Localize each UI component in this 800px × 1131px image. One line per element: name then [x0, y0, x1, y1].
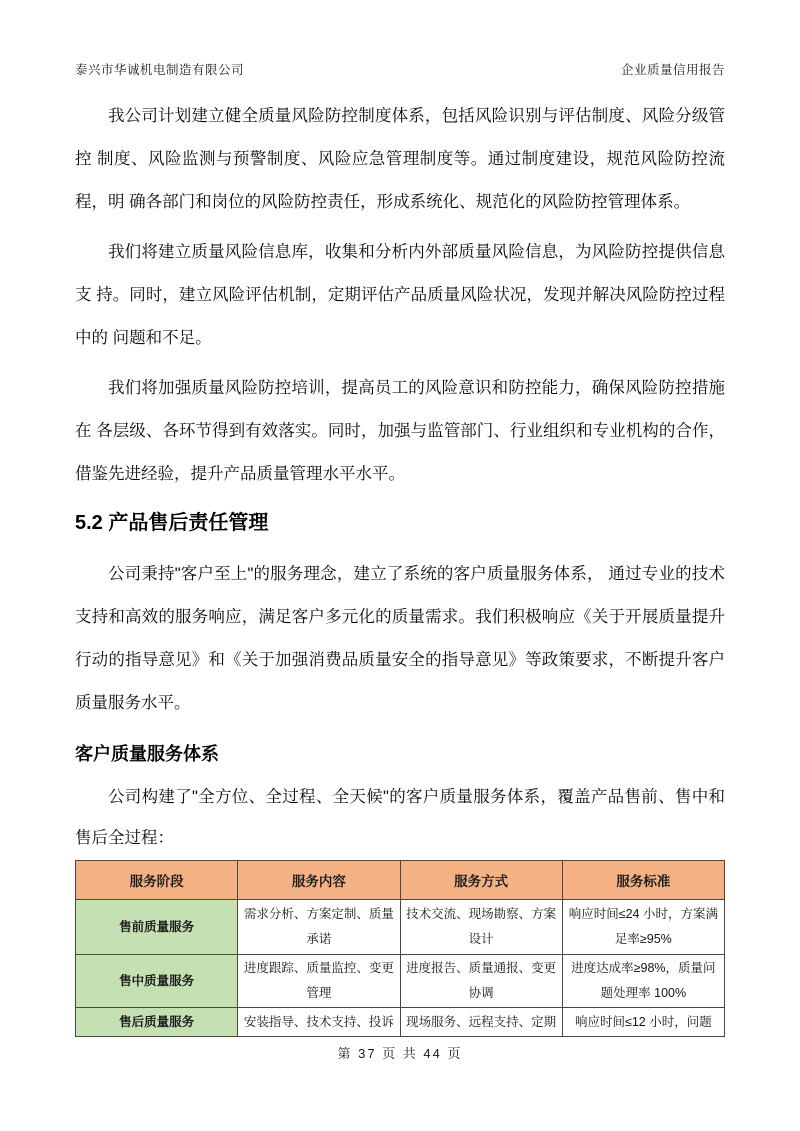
- header-report-title: 企业质量信用报告: [621, 60, 725, 78]
- page-footer: 第 37 页 共 44 页: [0, 1043, 800, 1062]
- table-cell: 现场服务、远程支持、定期: [400, 1008, 562, 1037]
- paragraph-table-intro: 公司构建了"全方位、全过程、全天候"的客户质量服务体系，覆盖产品售前、售中和售后…: [75, 777, 725, 859]
- page-content: 我公司计划建立健全质量风险防控制度体系，包括风险识别与评估制度、风险分级管控 制…: [75, 95, 725, 1037]
- table-row: 售前质量服务 需求分析、方案定制、质量承诺 技术交流、现场勘察、方案设计 响应时…: [76, 900, 725, 955]
- table-cell: 响应时间≤12 小时，问题: [562, 1008, 724, 1037]
- table-cell: 安装指导、技术支持、投诉: [238, 1008, 400, 1037]
- table-cell: 需求分析、方案定制、质量承诺: [238, 900, 400, 955]
- page-header: 泰兴市华诚机电制造有限公司 企业质量信用报告: [75, 60, 725, 78]
- service-system-table: 服务阶段 服务内容 服务方式 服务标准 售前质量服务 需求分析、方案定制、质量承…: [75, 860, 725, 1037]
- table-cell: 进度达成率≥98%，质量问题处理率 100%: [562, 955, 724, 1008]
- table-cell: 技术交流、现场勘察、方案设计: [400, 900, 562, 955]
- stage-cell: 售后质量服务: [76, 1008, 238, 1037]
- table-cell: 响应时间≤24 小时，方案满足率≥95%: [562, 900, 724, 955]
- paragraph-risk-system: 我公司计划建立健全质量风险防控制度体系，包括风险识别与评估制度、风险分级管控 制…: [75, 95, 725, 224]
- page-number: 第 37 页 共 44 页: [338, 1046, 463, 1061]
- table-header-cell: 服务内容: [238, 861, 400, 900]
- subsection-heading: 客户质量服务体系: [75, 741, 725, 767]
- table-row: 售中质量服务 进度跟踪、质量监控、变更管理 进度报告、质量通报、变更协调 进度达…: [76, 955, 725, 1008]
- paragraph-service-concept: 公司秉持"客户至上"的服务理念，建立了系统的客户质量服务体系， 通过专业的技术支…: [75, 553, 725, 725]
- table-header-cell: 服务方式: [400, 861, 562, 900]
- header-company-name: 泰兴市华诚机电制造有限公司: [75, 60, 244, 78]
- table-cell: 进度报告、质量通报、变更协调: [400, 955, 562, 1008]
- paragraph-risk-training: 我们将加强质量风险防控培训，提高员工的风险意识和防控能力，确保风险防控措施在 各…: [75, 367, 725, 496]
- table-header-cell: 服务阶段: [76, 861, 238, 900]
- table-header-cell: 服务标准: [562, 861, 724, 900]
- paragraph-risk-info: 我们将建立质量风险信息库，收集和分析内外部质量风险信息，为风险防控提供信息支 持…: [75, 231, 725, 360]
- section-heading: 5.2 产品售后责任管理: [75, 509, 725, 537]
- document-page: 泰兴市华诚机电制造有限公司 企业质量信用报告 我公司计划建立健全质量风险防控制度…: [0, 0, 800, 1131]
- table-header-row: 服务阶段 服务内容 服务方式 服务标准: [76, 861, 725, 900]
- table-cell: 进度跟踪、质量监控、变更管理: [238, 955, 400, 1008]
- stage-cell: 售前质量服务: [76, 900, 238, 955]
- stage-cell: 售中质量服务: [76, 955, 238, 1008]
- table-row: 售后质量服务 安装指导、技术支持、投诉 现场服务、远程支持、定期 响应时间≤12…: [76, 1008, 725, 1037]
